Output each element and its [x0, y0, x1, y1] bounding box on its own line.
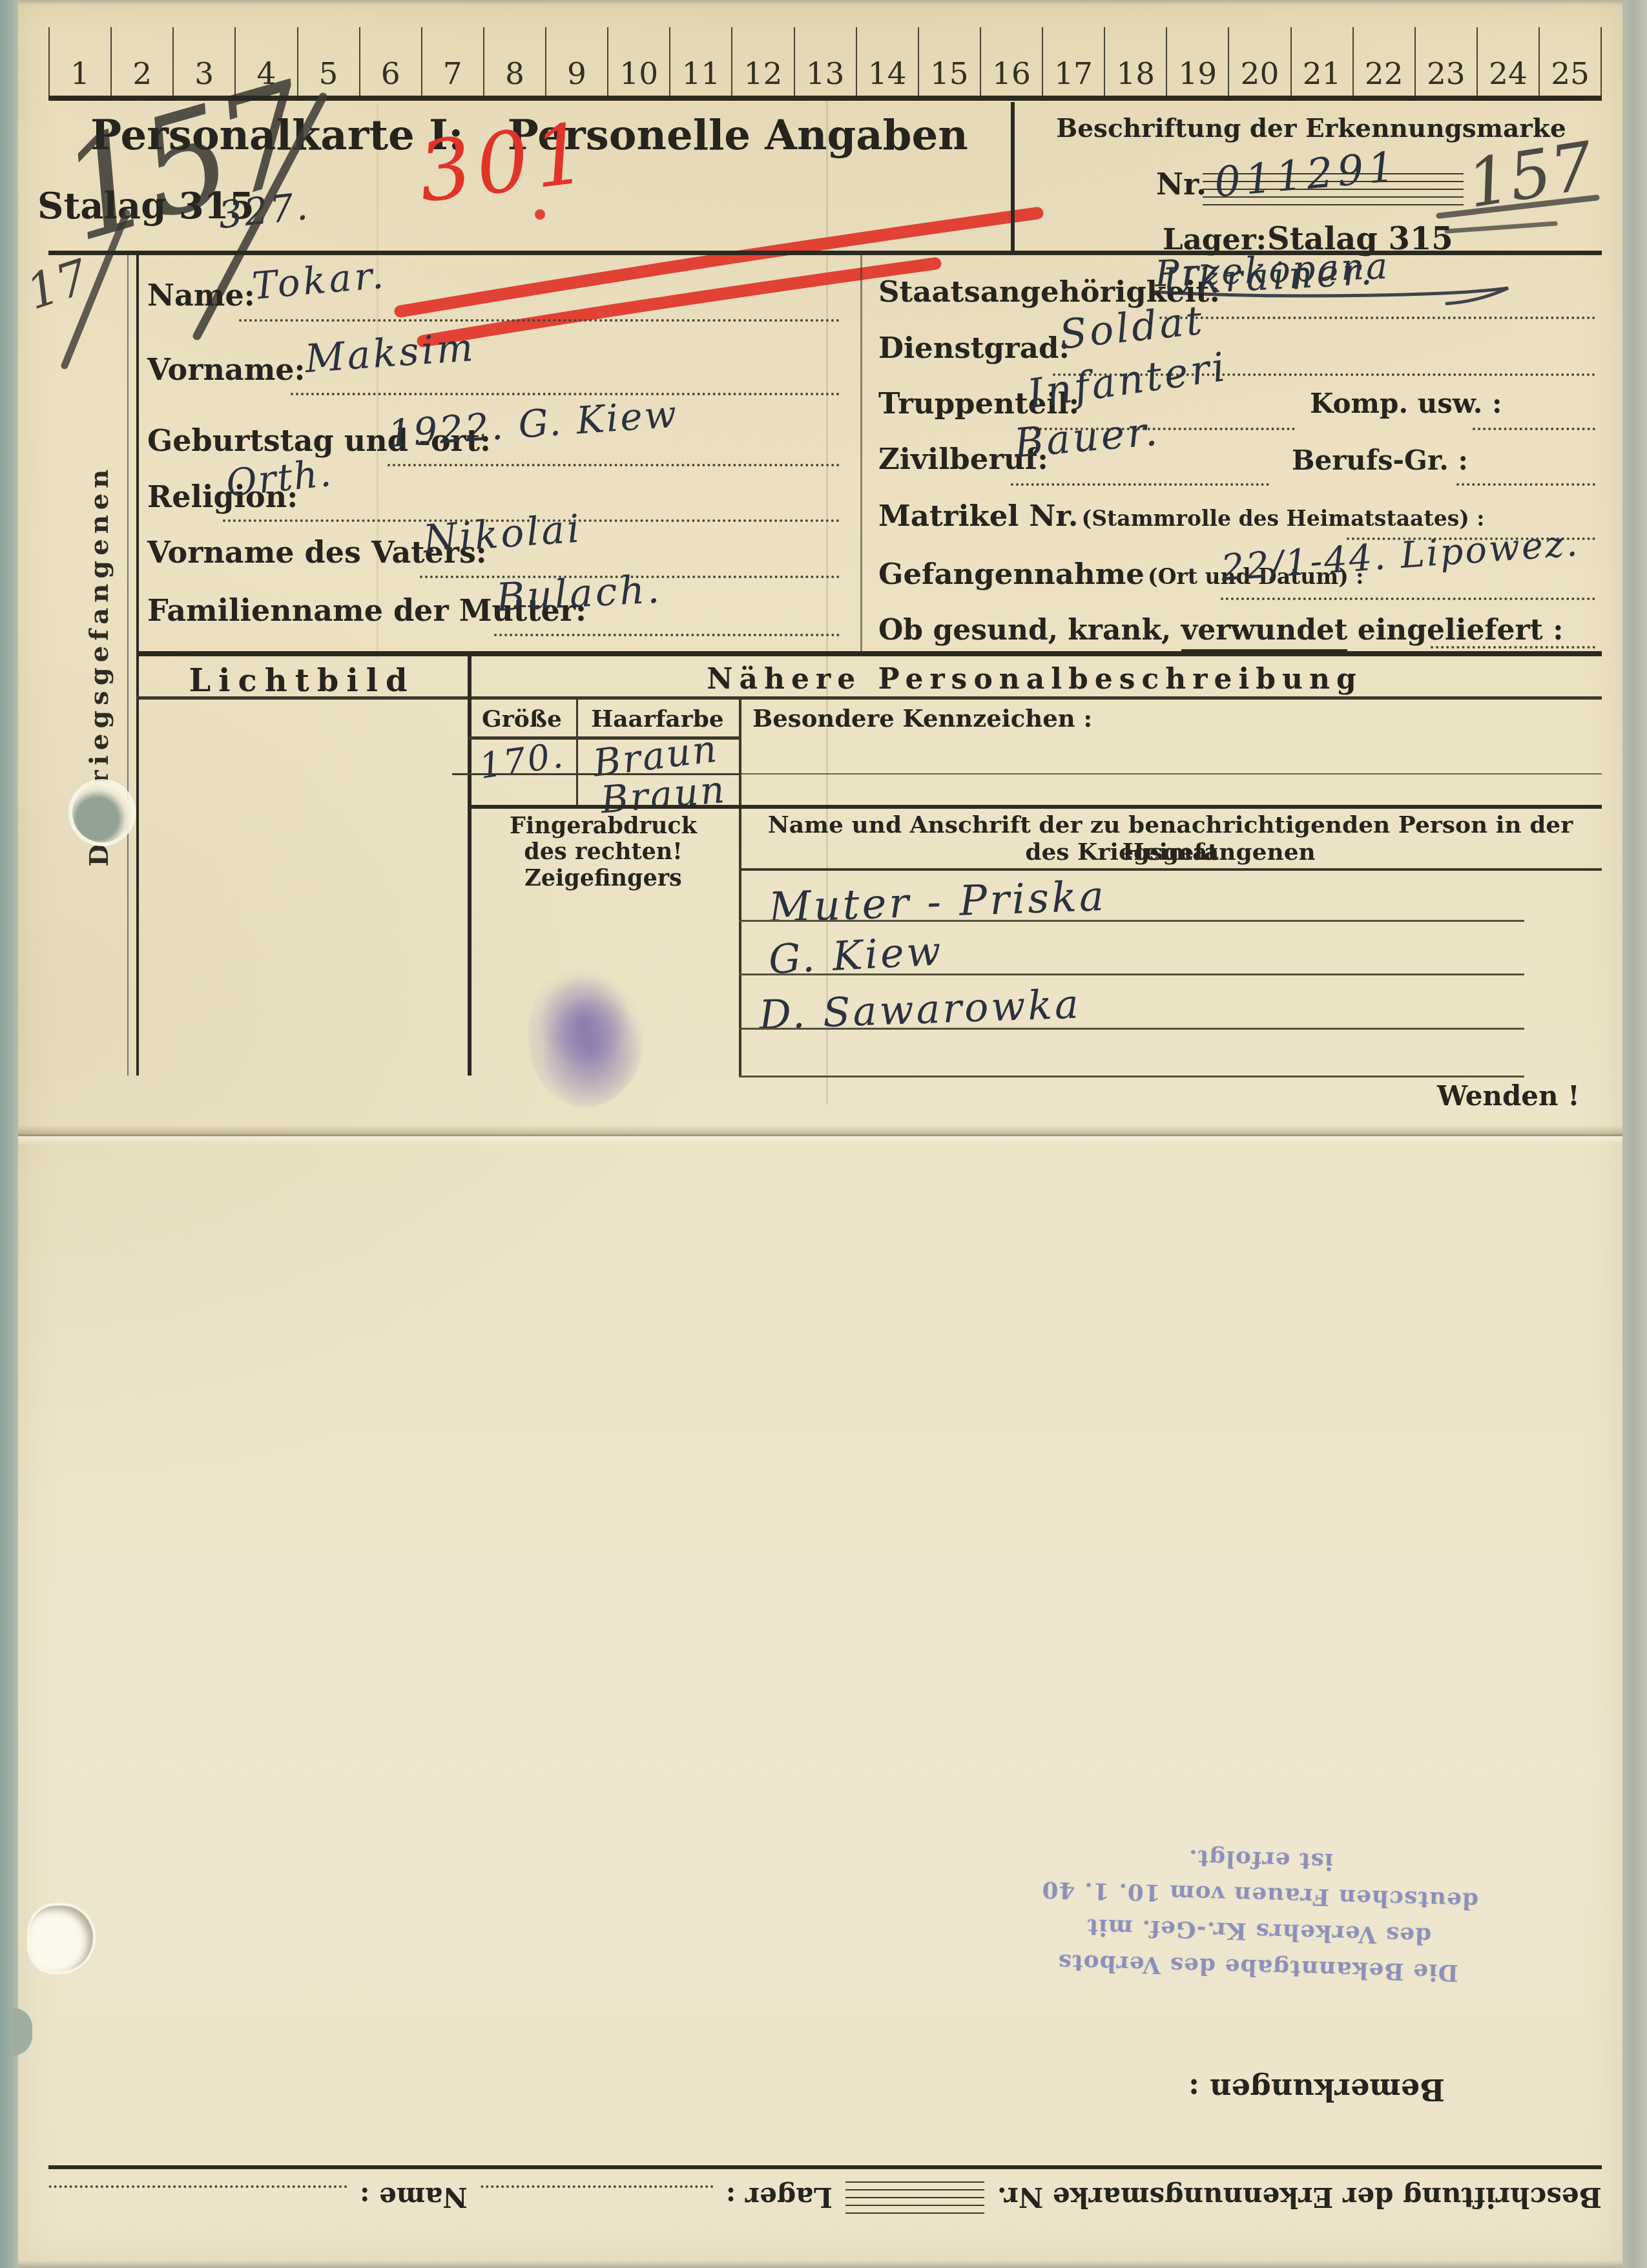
- fingerprint-stamp: [528, 964, 645, 1107]
- field-value-mutter: Bulach.: [495, 567, 663, 620]
- field-label-gesund-underlined: verwundet: [1181, 614, 1348, 652]
- field-label-vorname: Vorname:: [147, 352, 306, 387]
- field-label-gefangen: Gefangennahme: [878, 557, 1145, 591]
- notify-heading-2: des Kriegsgefangenen: [739, 838, 1602, 866]
- dotted-line: [239, 319, 840, 322]
- bottom-name-label: Name :: [360, 2182, 468, 2214]
- field-label-gesund-1: Ob gesund, krank,: [878, 614, 1181, 647]
- fold-shadow: [18, 1125, 1622, 1134]
- tag-nr-label: Nr.: [1156, 167, 1207, 202]
- fingerprint-label-1: Fingerabdruck: [468, 813, 739, 839]
- bottom-strip-line: [48, 2165, 1602, 2169]
- bottom-lager-label: Lager :: [726, 2182, 833, 2214]
- lichtbild-heading: Lichtbild: [136, 663, 468, 699]
- notify-rule: [739, 920, 1524, 922]
- field-label-name: Name:: [147, 278, 255, 313]
- dotted-line: [1011, 483, 1269, 486]
- dotted-line: [1431, 646, 1595, 649]
- header-vertical-divider: [1011, 102, 1015, 252]
- field-label-berufs: Berufs-Gr. :: [1292, 444, 1468, 476]
- field-label-gesund-row: Ob gesund, krank, verwundet eingeliefert…: [878, 614, 1564, 647]
- field-label-komp: Komp. usw. :: [1310, 388, 1502, 419]
- kennzeichen-label: Besondere Kennzeichen :: [752, 704, 1092, 733]
- dotted-line: [1456, 483, 1595, 486]
- groesse-label: Größe: [468, 705, 576, 733]
- notify-rule: [739, 1028, 1524, 1030]
- field-label-gesund-2: eingeliefert :: [1347, 614, 1563, 647]
- notify-rule: [739, 973, 1524, 975]
- dotted-line: [291, 393, 840, 395]
- card-left-border-outer: [127, 255, 129, 1076]
- fingerprint-label-2: des rechten! Zeigefingers: [461, 838, 745, 891]
- dotted-line: [388, 464, 840, 466]
- kennzeichen-row-line: [741, 773, 1602, 775]
- field-label-matrikel: Matrikel Nr.: [878, 499, 1079, 533]
- notify-rule: [739, 1076, 1524, 1077]
- dotted-line: [1473, 428, 1595, 430]
- bemerkungen-label: Bemerkungen :: [1188, 2072, 1445, 2107]
- field-label-dienst: Dienstgrad:: [878, 331, 1070, 365]
- subtable-bottom-line: [468, 805, 1602, 809]
- scanner-edge-bottom: [18, 2260, 1622, 2268]
- field-label-matrikel-row: Matrikel Nr. (Stammrolle des Heimatstaat…: [878, 499, 1485, 533]
- bottom-strip: Beschriftung der Erkennungsmarke Nr. Lag…: [48, 2172, 1602, 2223]
- bottom-ruled-lines: [845, 2181, 984, 2214]
- field-label-matrikel-sub: (Stammrolle des Heimatstaates) :: [1082, 506, 1485, 531]
- card-center-divider: [860, 255, 862, 651]
- hole-punch-upper: [72, 783, 132, 842]
- dotted-line: [494, 634, 840, 636]
- scanned-pow-card: { "ruler": ["1","2","3","4","5","6","7",…: [0, 0, 1647, 2268]
- dotted-line: [1221, 598, 1595, 600]
- notify-heading-underline: [739, 868, 1602, 871]
- wenden-note: Wenden !: [1437, 1080, 1580, 1112]
- section-top-line: [136, 651, 1602, 656]
- dotted-line: [48, 2185, 347, 2188]
- bottom-beschriftung-label: Beschriftung der Erkennungsmarke Nr.: [997, 2182, 1602, 2214]
- dotted-line: [481, 2185, 713, 2188]
- heading-underline: [136, 696, 1602, 700]
- fold-highlight: [18, 1136, 1622, 1145]
- dotted-line: [1159, 317, 1595, 319]
- prohibition-stamp: Die Bekanntgabe des Verbots des Verkehrs…: [1031, 1835, 1487, 1991]
- beschreibung-heading: Nähere Personalbeschreibung: [468, 663, 1602, 696]
